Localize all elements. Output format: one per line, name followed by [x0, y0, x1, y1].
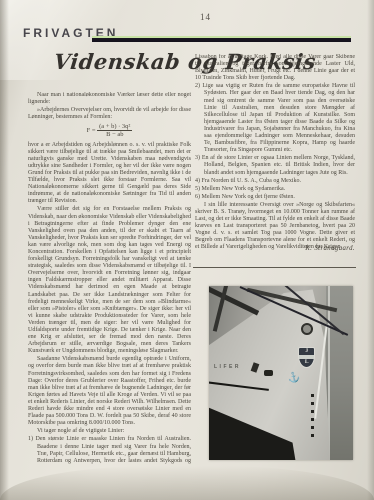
list-item-4: 4) Fra Norden til U. S. A., Cuba og Mexi…: [195, 178, 355, 185]
hull-name-lettering: LIFER: [214, 364, 241, 370]
emblem-letter-bottom: L: [299, 359, 314, 366]
article-paragraph: »Arbejdernes Overvejelser om, hvorvidt d…: [28, 107, 191, 121]
economics-formula: F = (a + b) · 3q² B − ab: [28, 123, 191, 138]
porthole-icon: [301, 323, 313, 335]
page-number: 14: [200, 12, 211, 22]
formula-numerator: (a + b) · 3q²: [97, 123, 132, 131]
article-paragraph: Vi tager nogle af de vigtigste Linier:: [28, 428, 191, 435]
formula-prefix: F =: [87, 127, 96, 134]
bollard-shape: [264, 370, 273, 376]
scan-edge-left: [0, 0, 9, 500]
formula-fraction: (a + b) · 3q² B − ab: [97, 123, 132, 138]
left-column: Naar man i nationaløkonomiske Værker læs…: [28, 92, 191, 464]
list-item-1: 1) Den største Linie er maaske Linien fr…: [28, 436, 191, 464]
formula-denominator: B − ab: [97, 131, 132, 138]
right-column: Lissabon for at indtage Kork. Med alle d…: [195, 54, 355, 254]
draft-marks: [311, 394, 314, 442]
article-paragraph: hvor a er Arbejdstiden og Arbejdslønnen …: [28, 142, 191, 206]
water-area: [326, 286, 353, 460]
article-paragraph: Værre stiller det sig for en Forstaaelse…: [28, 206, 191, 355]
ship-bow-photo: J L LIFER ⚓: [209, 286, 353, 460]
emblem-letter-top: J: [299, 348, 314, 355]
page-bottom-shadow: [0, 466, 374, 500]
list-item-3: 3) En af de store Linier er ogsaa Linien…: [195, 155, 355, 176]
photo-divider-rule: [193, 267, 356, 268]
author-signature: K. Strandgaard.: [195, 245, 355, 252]
scan-edge-right: [367, 0, 374, 500]
list-item-2: 2) Lige saa vigtig er Ruten fra de samme…: [195, 83, 355, 154]
list-item-6: 6) Mellem New York og det fjerne Østen.: [195, 194, 355, 201]
shipping-company-shield-emblem: J L: [298, 347, 315, 368]
article-paragraph: Saadanne Videnskabsmænd burde egentlig o…: [28, 356, 191, 427]
scanned-magazine-page: { "masthead": { "title": "FRIVAGTEN", "p…: [0, 0, 374, 500]
list-item-5: 5) Mellem New York og Sydamerika.: [195, 186, 355, 193]
article-paragraph: Lissabon for at indtage Kork. Med alle d…: [195, 54, 355, 82]
article-paragraph: Naar man i nationaløkonomiske Værker læs…: [28, 92, 191, 106]
masthead-rule: [92, 36, 351, 42]
